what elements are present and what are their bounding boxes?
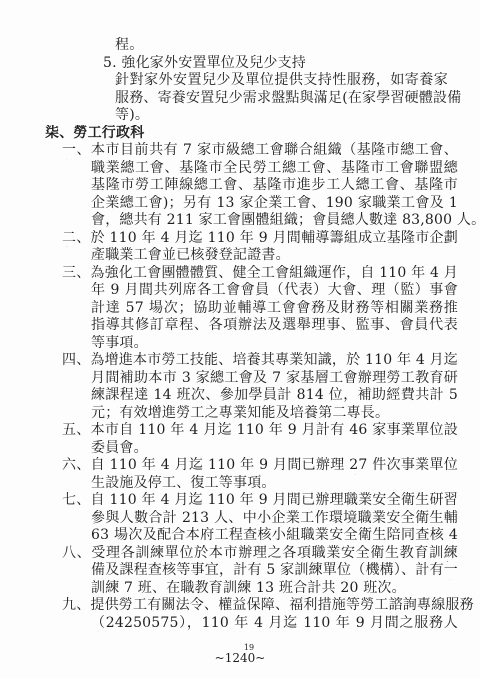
text-line: 針對家外安置兒少及單位提供支持性服務，如寄養家庭喘息 [115, 72, 448, 90]
text-line: 計達 57 場次；協助並輔導工會會務及財務等相關業務推展、 [91, 300, 458, 318]
text-line: 企業總工會)；另有 13 家企業工會、190 家職業工會及 1 家產業工 [91, 195, 458, 213]
text-line: 一、本市目前共有 7 家市級總工會聯合組織（基隆市總工會、基隆市 [62, 142, 458, 160]
text-line: 基隆市勞工陣線總工會、基隆市進步工人總工會、基隆市產職業 [91, 177, 458, 195]
sheet-number: 19 [9, 643, 480, 652]
text-line: 備及課程查核等事宜，計有 5 家訓練單位（機構）、計有一般教育 [91, 562, 458, 580]
text-line: 月間補助本市 3 家總工會及 7 家基層工會辦理勞工教育研習、訓 [91, 370, 458, 388]
text-line: 63 場次及配合本府工程查核小組職業安全衛生陪同查核 43 場次。 [91, 527, 458, 545]
text-line: 九、提供勞工有關法令、權益保障、福利措施等勞工諮詢專線服務 [62, 597, 480, 615]
page-footer: 19 ~1240~ [0, 643, 480, 665]
document-body: 程。5. 強化家外安置單位及兒少支持針對家外安置兒少及單位提供支持性服務，如寄養… [0, 37, 480, 632]
text-line: 程。 [115, 37, 480, 55]
section-heading: 柒、勞工行政科 [45, 125, 480, 143]
text-line: 指導其修訂章程、各項辦法及選舉理事、監事、會員代表 [91, 317, 458, 335]
text-line: 三、為強化工會團體體質、健全工會組織運作，自 110 年 4 月迄 110 [62, 265, 458, 283]
text-line: 職業總工會、基隆市全民勞工總工會、基隆市工會聯盟總工會、 [91, 160, 458, 178]
text-line: 生設施及停工、復工等事項。 [91, 475, 480, 493]
text-line: 5. 強化家外安置單位及兒少支持 [103, 55, 480, 73]
text-line: 八、受理各訓練單位於本市辦理之各項職業安全衛生教育訓練等之報 [62, 545, 458, 563]
page-number: ~1240~ [0, 652, 480, 665]
document-page: 程。5. 強化家外安置單位及兒少支持針對家外安置兒少及單位提供支持性服務，如寄養… [0, 0, 480, 678]
text-line: 年 9 月間共列席各工會會員（代表）大會、理（監）事會等 [91, 282, 458, 300]
text-line: 等)。 [115, 107, 480, 125]
text-line: 七、自 110 年 4 月迄 110 年 9 月間已辦理職業安全衛生研習共計 3… [62, 492, 458, 510]
text-line: 元；有效增進勞工之專業知能及培養第二專長。 [91, 405, 480, 423]
text-line: 委員會。 [91, 440, 480, 458]
text-line: （24250575），110 年 4 月迄 110 年 9 月間之服務人次總計達… [91, 615, 458, 633]
text-line: 產職業工會並已核發登記證書。 [91, 247, 480, 265]
text-line: 六、自 110 年 4 月迄 110 年 9 月間已辦理 27 件次事業單位改善… [62, 457, 458, 475]
text-line: 二、於 110 年 4 月迄 110 年 9 月間輔導籌組成立基隆市企劃與勞務生 [62, 230, 458, 248]
text-line: 訓練 7 班、在職教育訓練 13 班合計共 20 班次。 [91, 580, 480, 598]
text-line: 四、為增進本市勞工技能、培養其專業知識，於 110 年 4 月迄 110 年 9 [62, 352, 458, 370]
text-line: 會，總共有 211 家工會團體組織；會員總人數達 83,800 人。 [91, 212, 480, 230]
text-line: 五、本市自 110 年 4 月迄 110 年 9 月計有 46 家事業單位設置職… [62, 422, 458, 440]
text-line: 等事項。 [91, 335, 480, 353]
text-line: 服務、寄養安置兒少需求盤點與滿足(在家學習硬體設備 [115, 90, 480, 108]
text-line: 參與人數合計 213 人、中小企業工作環境職業安全衛生輔導共計 [91, 510, 458, 528]
text-line: 練課程達 14 班次、參加學員計 814 位，補助經費共計 51 萬 3,334 [91, 387, 458, 405]
